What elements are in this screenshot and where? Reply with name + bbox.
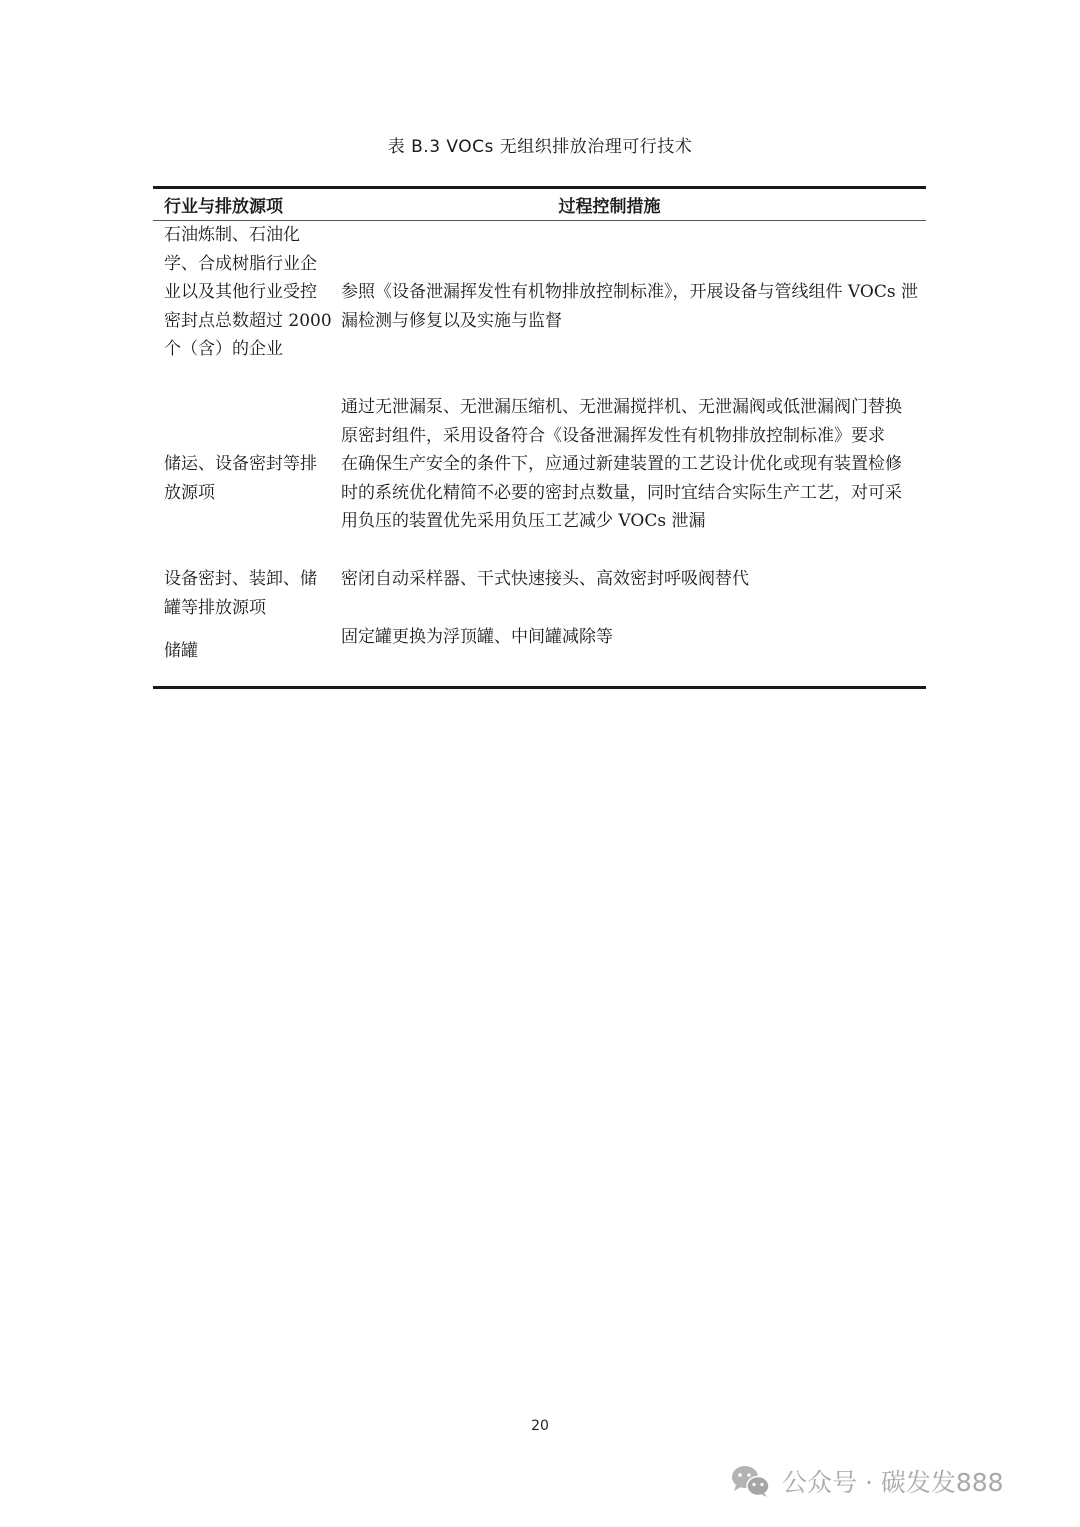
wechat-icon [730, 1464, 772, 1498]
table-bottom-rule [153, 686, 926, 689]
row-source: 储运、设备密封等排放源项 [153, 393, 333, 565]
row-measures: 密闭自动采样器、干式快速接头、高效密封呼吸阀替代 [333, 565, 926, 623]
row-source: 设备密封、装卸、储罐等排放源项 [153, 565, 333, 623]
measure-text: 通过无泄漏泵、无泄漏压缩机、无泄漏搅拌机、无泄漏阀或低泄漏阀门替换原密封组件，采… [341, 393, 918, 450]
table-caption: 表 B.3 VOCs 无组织排放治理可行技术 [0, 132, 1080, 157]
vocs-table: 行业与排放源项 过程控制措施 石油炼制、石油化学、合成树脂行业企业以及其他行业受… [153, 186, 926, 689]
header-source: 行业与排放源项 [153, 192, 333, 217]
row-source: 储罐 [153, 623, 333, 686]
measure-text: 在确保生产安全的条件下，应通过新建装置的工艺设计优化或现有装置检修时的系统优化精… [341, 450, 918, 536]
header-measures: 过程控制措施 [333, 192, 926, 217]
measure-text: 固定罐更换为浮顶罐、中间罐减除等 [341, 623, 918, 652]
measure-text: 参照《设备泄漏挥发性有机物排放控制标准》，开展设备与管线组件 VOCs 泄漏检测… [341, 278, 918, 335]
table-row: 储罐 固定罐更换为浮顶罐、中间罐减除等 [153, 623, 926, 686]
page-number: 20 [0, 1418, 1080, 1434]
watermark: 公众号 · 碳发发888 [730, 1463, 1004, 1499]
table-row: 设备密封、装卸、储罐等排放源项 密闭自动采样器、干式快速接头、高效密封呼吸阀替代 [153, 565, 926, 623]
table-row: 石油炼制、石油化学、合成树脂行业企业以及其他行业受控密封点总数超过 2000 个… [153, 221, 926, 393]
watermark-text: 公众号 · 碳发发888 [782, 1463, 1004, 1499]
row-source: 石油炼制、石油化学、合成树脂行业企业以及其他行业受控密封点总数超过 2000 个… [153, 221, 333, 393]
table-row: 储运、设备密封等排放源项 通过无泄漏泵、无泄漏压缩机、无泄漏搅拌机、无泄漏阀或低… [153, 393, 926, 565]
measure-text: 密闭自动采样器、干式快速接头、高效密封呼吸阀替代 [341, 565, 918, 594]
row-measures: 参照《设备泄漏挥发性有机物排放控制标准》，开展设备与管线组件 VOCs 泄漏检测… [333, 221, 926, 393]
row-measures: 固定罐更换为浮顶罐、中间罐减除等 [333, 623, 926, 686]
table-header: 行业与排放源项 过程控制措施 [153, 189, 926, 220]
row-measures: 通过无泄漏泵、无泄漏压缩机、无泄漏搅拌机、无泄漏阀或低泄漏阀门替换原密封组件，采… [333, 393, 926, 565]
